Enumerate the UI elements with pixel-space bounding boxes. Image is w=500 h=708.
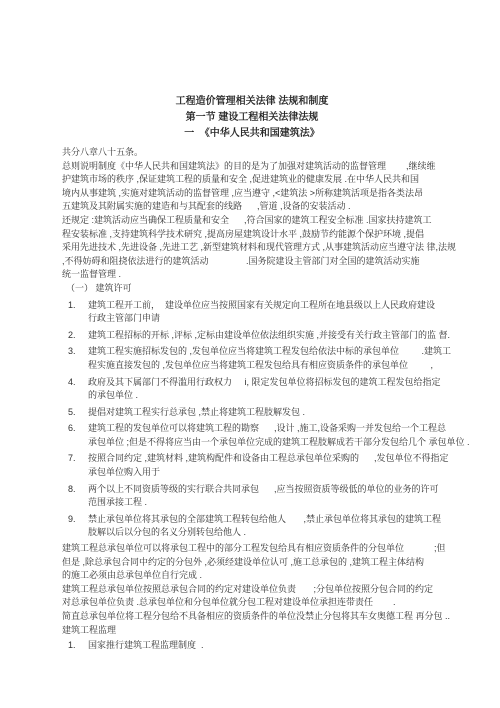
list-item: 9. 禁止承包单位将其承包的全部建筑工程转包给他人 ,禁止承包单位将其承包的建筑… (62, 513, 442, 540)
list-item: 4. 政府及其下属部门不得滥用行政权力 i, 限定发包单位将招标发包的建筑工程发… (62, 376, 442, 403)
list-item-number: 9. (62, 513, 88, 540)
paragraph-line: 的施工必须由总承包单位自行完成 . (62, 569, 442, 583)
paragraph-line: ,不得妨碍和阻挠依法进行的建筑活动 .国务院建设主管部门对全国的建筑活动实施 (62, 255, 442, 269)
list-item-number: 6. (62, 422, 88, 449)
paragraph-line: 建筑工程总承包单位按照总承包合同的约定对建设单位负责 ;分包单位按照分包合同的约… (62, 583, 442, 597)
list-item-text: 的承包单位 . (88, 389, 442, 403)
list-item: 7. 按照合同约定 ,建筑材料 ,建筑构配件和设备由工程总承包单位采购的 ,发包… (62, 452, 442, 479)
list-item-text: 提倡对建筑工程实行总承包 ,禁止将建筑工程肢解发包 . (88, 406, 442, 420)
paragraph-line: 总则说明制度《中华人民共和国建筑法》的目的是为了加强对建筑活动的监督管理 ,继续… (62, 160, 442, 174)
list-item-number: 7. (62, 452, 88, 479)
list-item: 1. 建筑工程开工前， 建设单位应当按照国家有关规定向工程所在地县级以上人民政府… (62, 299, 442, 326)
list-item-number: 3. (62, 345, 88, 372)
list-item-text: 建筑工程的发包单位可以将建筑工程的勘察 ,设计 ,施工,设备采购一并发包给一个工… (88, 422, 442, 436)
list-item-text: 行政主管部门申请 (88, 312, 442, 326)
paragraph-line: 但是 ,除总承包合同中约定的分包外 ,必须经建设单位认可 ,施工总承包的 ,建筑… (62, 556, 442, 570)
list-item-text: 按照合同约定 ,建筑材料 ,建筑构配件和设备由工程总承包单位采购的 ,发包单位不… (88, 452, 442, 466)
paragraph-line: 还规定 :建筑活动应当确保工程质量和安全 ,符合国家的建筑工程安全标准 .国家扶… (62, 214, 442, 228)
list-item: 2. 建筑工程招标的开标 ,评标 ,定标由建设单位依法组织实施 ,并接受有关行政… (62, 329, 442, 343)
list-item-number: 2. (62, 329, 88, 343)
document-page: 工程造价管理相关法律 法规和制度 第一节 建设工程相关法律法规 一 《中华人民共… (0, 0, 500, 708)
list-item-number: 5. (62, 406, 88, 420)
paragraph-line: 建筑工程总承包单位可以将承包工程中的部分工程发包给具有相应资质条件的分包单位 ;… (62, 542, 442, 556)
list-item-text: 政府及其下属部门不得滥用行政权力 i, 限定发包单位将招标发包的建筑工程发包给指… (88, 376, 442, 390)
list-item-text: 程实施直接发包的 ,发包单位应当将建筑工程发包给具有相应资质条件的承包单位 , (88, 359, 442, 373)
document-content: 工程造价管理相关法律 法规和制度 第一节 建设工程相关法律法规 一 《中华人民共… (62, 94, 442, 653)
document-title: 工程造价管理相关法律 法规和制度 (62, 94, 442, 110)
numbered-list: 1. 建筑工程开工前， 建设单位应当按照国家有关规定向工程所在地县级以上人民政府… (62, 299, 442, 541)
paragraph-line: 程安装标准 ,支持建筑科学技术研究 ,提高房屋建筑设计水平 ,鼓励节约能源个保护… (62, 228, 442, 242)
list-item-number: 1. (62, 639, 88, 653)
list-item: 8. 两个以上不同资质等级的实行联合共同承包 ,应当按照资质等级低的单位的业务的… (62, 483, 442, 510)
list-item-text: 范围承接工程 . (88, 496, 442, 510)
paragraph-line: 采用先进技术 ,先进设备 ,先进工艺 ,新型建筑材料和现代管理方式 ,从事建筑活… (62, 241, 442, 255)
list-item: 6. 建筑工程的发包单位可以将建筑工程的勘察 ,设计 ,施工,设备采购一并发包给… (62, 422, 442, 449)
paragraph-line: 境内从事建筑 ,实施对建筑活动的监督管理 ,应当遵守 ,<建筑法 >所称建筑活项… (62, 187, 442, 201)
section-title: 第一节 建设工程相关法律法规 (62, 110, 442, 126)
paragraph-line: 五建筑及其附属实施的建造和与其配套的线路 ,管道 ,设备的安装活动 . (62, 200, 442, 214)
subheading-supervision: 建筑工程监理 (62, 624, 442, 638)
law-subtitle: 一 《中华人民共和国建筑法》 (62, 126, 442, 142)
list-item-number: 1. (62, 299, 88, 326)
paragraph-line: 对总承包单位负责 .总承包单位和分包单位就分包工程对建设单位承担连带责任 . (62, 596, 442, 610)
list-item-text: 禁止承包单位将其承包的全部建筑工程转包给他人 ,禁止承包单位将其承包的建筑工程 (88, 513, 442, 527)
intro-paragraphs: 共分八章八十五条。 总则说明制度《中华人民共和国建筑法》的目的是为了加强对建筑活… (62, 146, 442, 282)
list-item-text: 承包单位购入用于 (88, 466, 442, 480)
list-item-number: 8. (62, 483, 88, 510)
paragraph-line: 统一监督管理 . (62, 268, 442, 282)
list-item: 5. 提倡对建筑工程实行总承包 ,禁止将建筑工程肢解发包 . (62, 406, 442, 420)
paragraph-line: 共分八章八十五条。 (62, 146, 442, 160)
paragraph-line: 简直总承包单位将工程分包给不具备相应的资质条件的单位没禁止分包将其车女奥德工程 … (62, 610, 442, 624)
section-heading-building-permit: （一） 建筑许可 (62, 282, 442, 296)
list-item-text: 承包单位 ;但是不得将应当由一个承包单位完成的建筑工程肢解成若干部分发包给几个 … (88, 436, 442, 450)
list-item-text: 建筑工程实施招标发包的 ,发包单位应当将建筑工程发包给依法中标的承包单位 .建筑… (88, 345, 442, 359)
list-item-text: 肢解以后以分包的名义分别转包给他人 . (88, 526, 442, 540)
trailing-paragraphs: 建筑工程总承包单位可以将承包工程中的部分工程发包给具有相应资质条件的分包单位 ;… (62, 542, 442, 637)
title-block: 工程造价管理相关法律 法规和制度 第一节 建设工程相关法律法规 一 《中华人民共… (62, 94, 442, 142)
paragraph-line: 护建筑市场的秩序 ,保证建筑工程的质量和安全 ,促进建筑业的健康发展 .在中华人… (62, 173, 442, 187)
list-item-text: 国家推行建筑工程监理制度 . (88, 639, 442, 653)
list-item-text: 两个以上不同资质等级的实行联合共同承包 ,应当按照资质等级低的单位的业务的许可 (88, 483, 442, 497)
list-item-text: 建筑工程招标的开标 ,评标 ,定标由建设单位依法组织实施 ,并接受有关行政主管部… (88, 329, 442, 343)
list-item: 1. 国家推行建筑工程监理制度 . (62, 639, 442, 653)
list-item-number: 4. (62, 376, 88, 403)
list-item: 3. 建筑工程实施招标发包的 ,发包单位应当将建筑工程发包给依法中标的承包单位 … (62, 345, 442, 372)
list-item-text: 建筑工程开工前， 建设单位应当按照国家有关规定向工程所在地县级以上人民政府建设 (88, 299, 442, 313)
